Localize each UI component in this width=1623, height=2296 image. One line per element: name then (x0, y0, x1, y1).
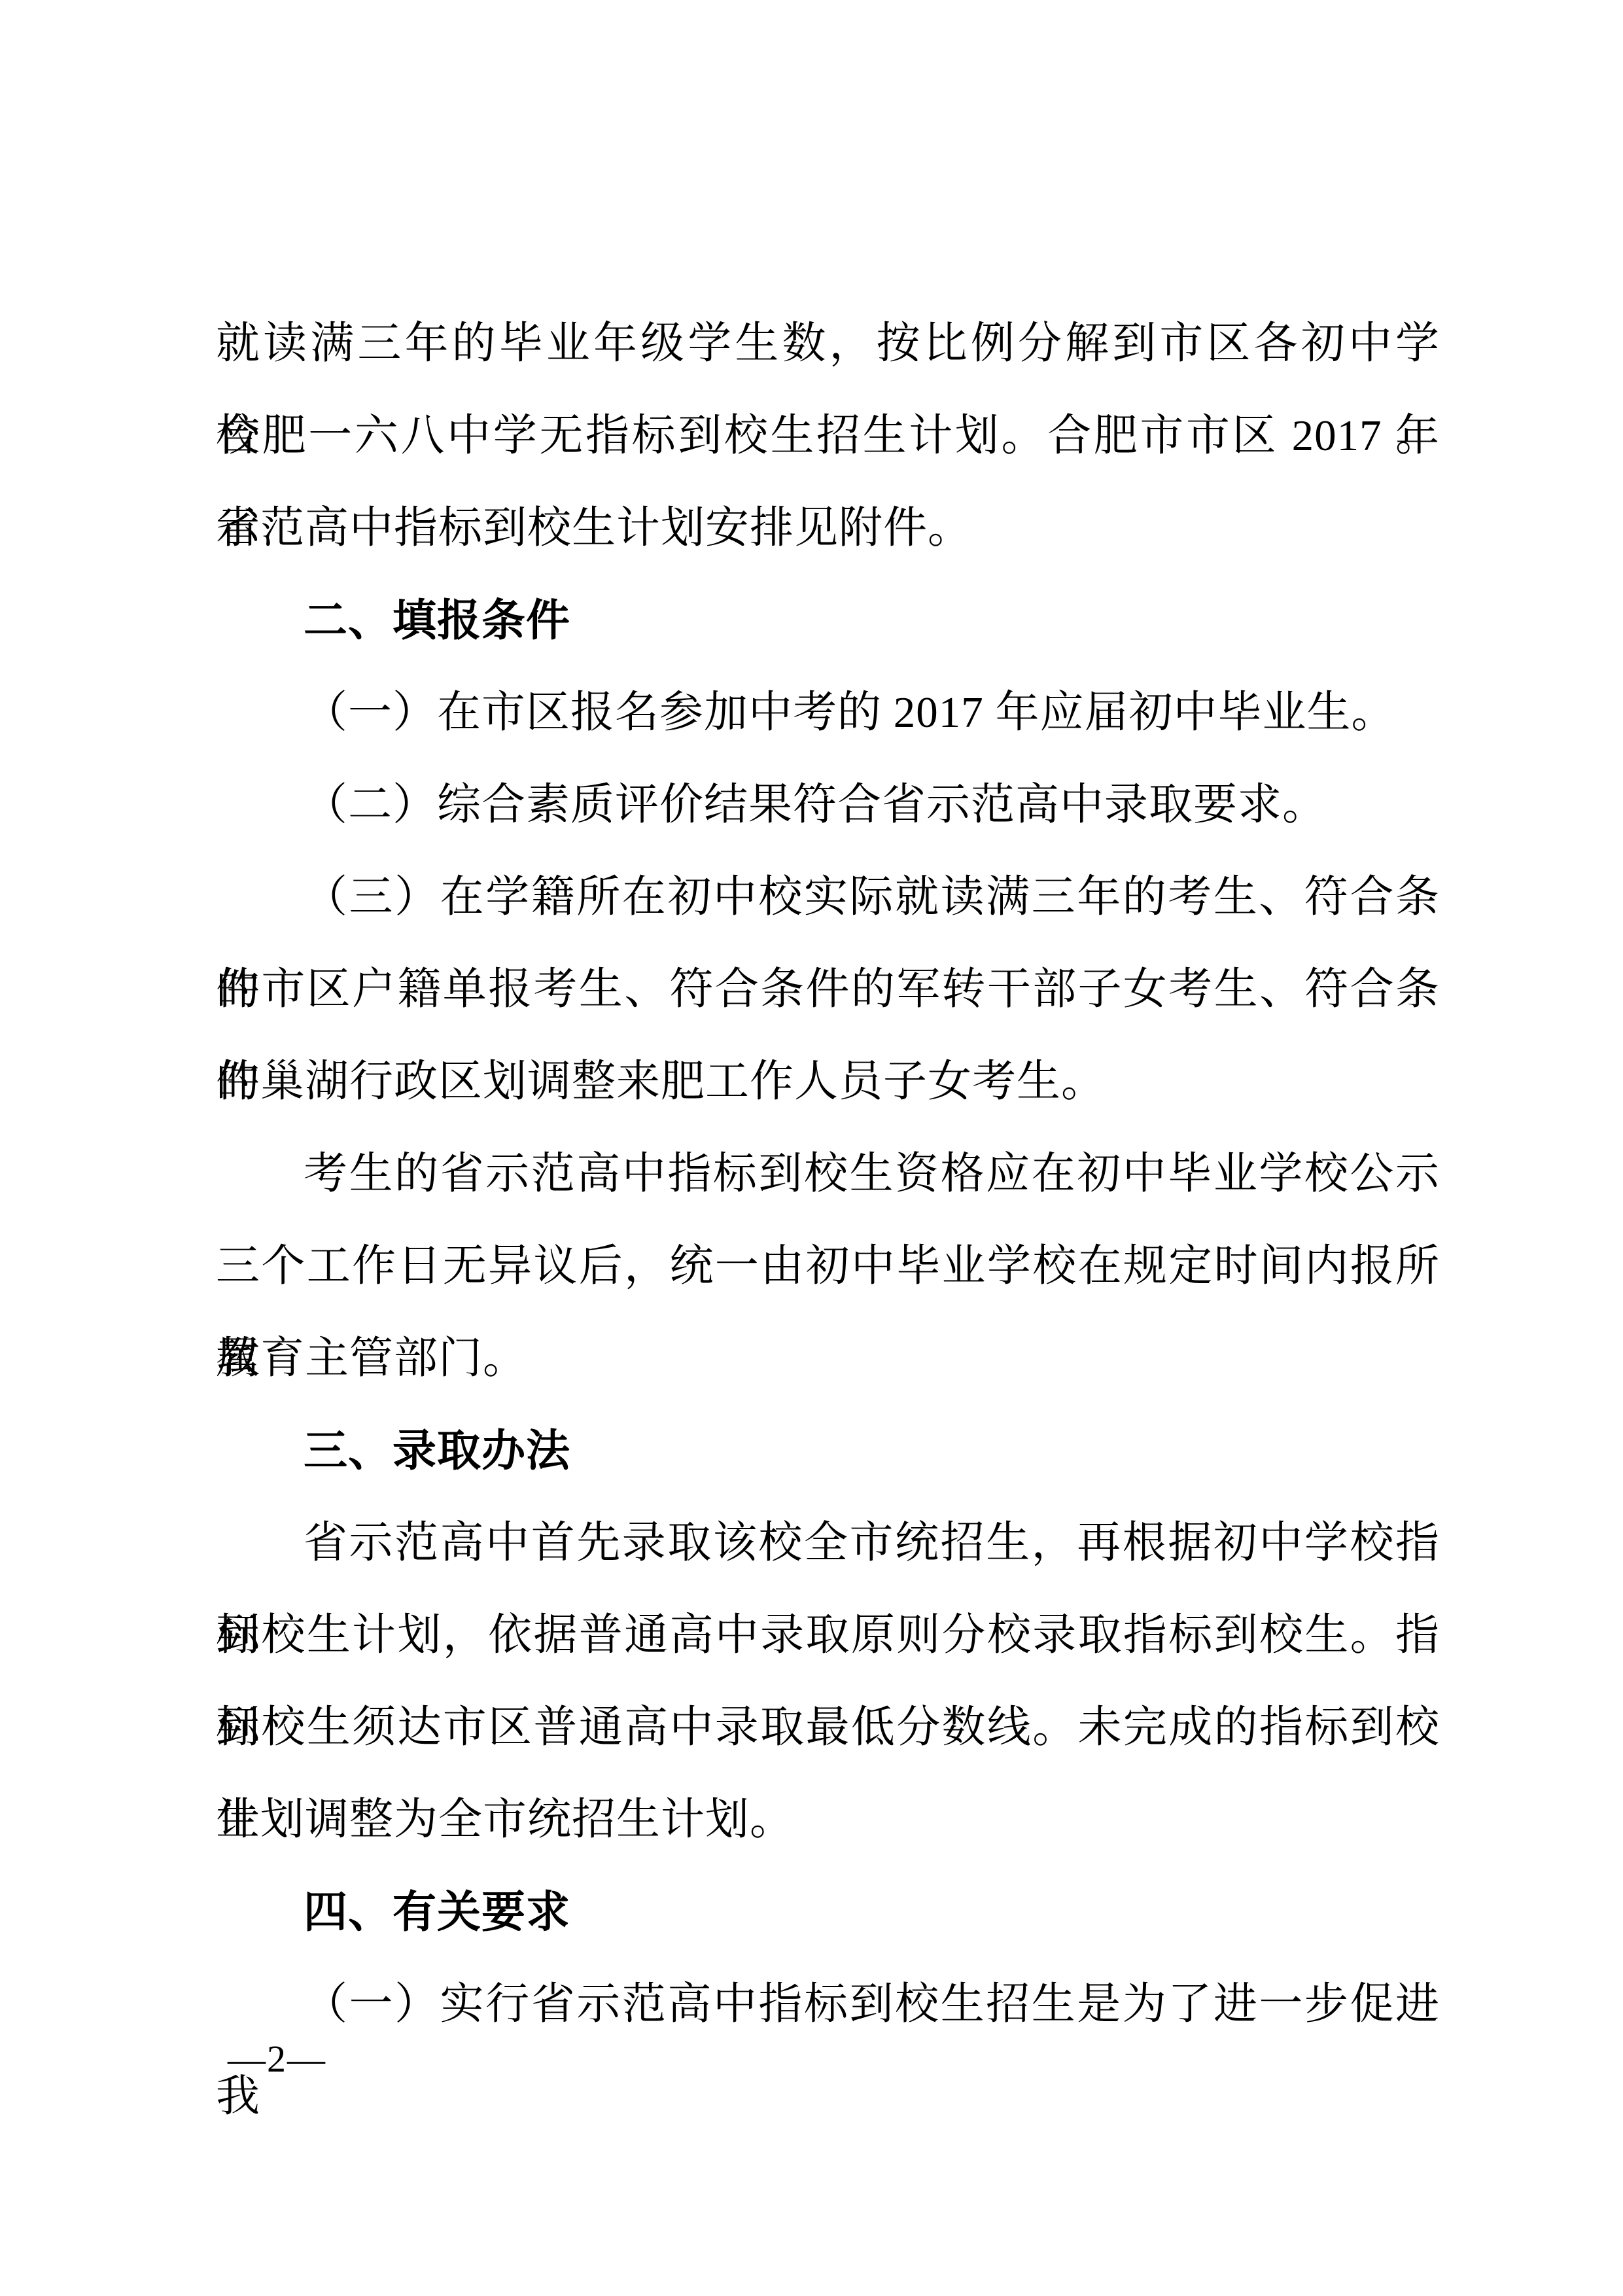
text-line: 考生的省示范高中指标到校生资格应在初中毕业学校公示 (216, 1128, 1440, 1220)
text-line: 的巢湖行政区划调整来肥工作人员子女考生。 (216, 1036, 1440, 1128)
text-line: 的市区户籍单报考生、符合条件的军转干部子女考生、符合条件 (216, 944, 1440, 1036)
text-line: （一）在市区报名参加中考的 2017 年应届初中毕业生。 (216, 667, 1440, 759)
text-line: （二）综合素质评价结果符合省示范高中录取要求。 (216, 759, 1440, 851)
text-line: （一）实行省示范高中指标到校生招生是为了进一步促进我 (216, 1958, 1440, 2051)
section-heading: 三、录取办法 (216, 1405, 1440, 1497)
text-line: 教育主管部门。 (216, 1313, 1440, 1405)
text-line: （三）在学籍所在初中校实际就读满三年的考生、符合条件 (216, 851, 1440, 944)
text-line: 三个工作日无异议后，统一由初中毕业学校在规定时间内报所属 (216, 1220, 1440, 1313)
text-line: 示范高中指标到校生计划安排见附件。 (216, 482, 1440, 574)
text-line: 合肥一六八中学无指标到校生招生计划。合肥市市区 2017 年省 (216, 390, 1440, 482)
page-number: —2— (228, 2036, 326, 2082)
document-body: 就读满三年的毕业年级学生数，按比例分解到市区各初中学校。 合肥一六八中学无指标到… (216, 298, 1440, 2051)
text-line: 就读满三年的毕业年级学生数，按比例分解到市区各初中学校。 (216, 298, 1440, 390)
section-heading: 二、填报条件 (216, 574, 1440, 667)
section-heading: 四、有关要求 (216, 1866, 1440, 1958)
text-line: 省示范高中首先录取该校全市统招生，再根据初中学校指标 (216, 1497, 1440, 1589)
text-line: 到校生计划，依据普通高中录取原则分校录取指标到校生。指标 (216, 1589, 1440, 1682)
document-page: 就读满三年的毕业年级学生数，按比例分解到市区各初中学校。 合肥一六八中学无指标到… (0, 0, 1623, 2296)
text-line: 计划调整为全市统招生计划。 (216, 1774, 1440, 1866)
text-line: 到校生须达市区普通高中录取最低分数线。未完成的指标到校生 (216, 1682, 1440, 1774)
